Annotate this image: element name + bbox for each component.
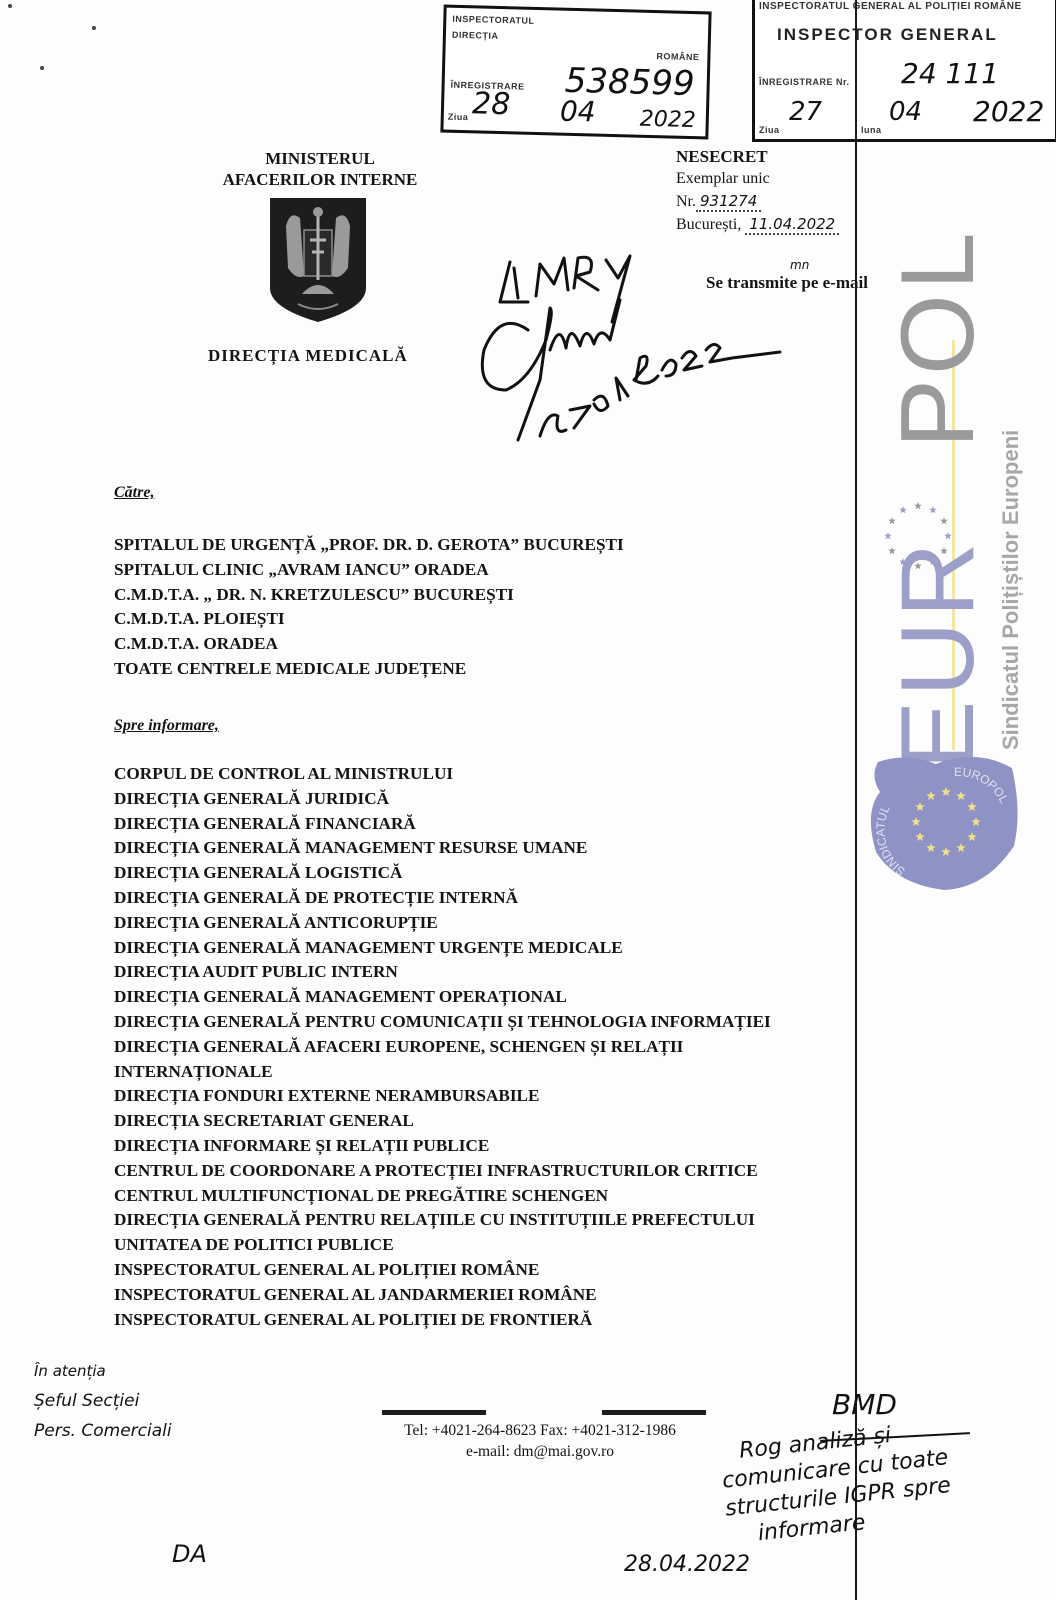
recipient-item: DIRECȚIA GENERALĂ MANAGEMENT OPERAȚIONAL [114,985,771,1010]
recipient-item: DIRECȚIA INFORMARE ȘI RELAȚII PUBLICE [114,1134,771,1159]
recipient-item: DIRECȚIA GENERALĂ MANAGEMENT URGENȚE MED… [114,936,771,961]
footer-bar-left [382,1410,486,1415]
wordmark-part2: POL [880,228,996,448]
recipient-item: SPITALUL CLINIC „AVRAM IANCU” ORADEA [114,558,624,583]
hand-line: Pers. Comerciali [34,1416,172,1446]
recipient-item: CORPUL DE CONTROL AL MINISTRULUI [114,762,771,787]
eu-stars-icon [880,498,956,574]
classification-label: NESECRET [676,146,839,168]
stamp-org: INSPECTORATUL GENERAL AL POLIȚIEI ROMÂNE [759,1,1022,12]
number-value: 931274 [696,192,761,212]
recipient-item: C.M.D.T.A. ORADEA [114,632,624,657]
to-label: Către, [114,484,154,502]
watermark-subtitle: Sindicatul Polițiștilor Europeni [998,310,1028,750]
stamp-org-line: ROMÂNE [656,51,699,62]
stamp-month: 04 [560,95,596,129]
handwritten-note-left: În atenția Șeful Secției Pers. Comercial… [34,1356,172,1446]
ministry-name: MINISTERUL AFACERILOR INTERNE [200,148,440,190]
footer-bar-right [602,1410,706,1415]
registration-stamp-right: INSPECTORATUL GENERAL AL POLIȚIEI ROMÂNE… [752,0,1056,142]
info-label: Spre informare, [114,717,219,735]
hand-line: Șeful Secției [34,1386,172,1416]
recipient-item: UNITATEA DE POLITICI PUBLICE [114,1233,771,1258]
recipient-item: DIRECȚIA GENERALĂ PENTRU COMUNICAȚII ȘI … [114,1010,771,1035]
stamp-day-label: Ziua [759,125,780,135]
signature-icon [470,240,790,450]
stamp-label: ÎNREGISTRARE Nr. [759,77,850,87]
stamp-number: 24 111 [901,57,999,90]
recipient-item: DIRECȚIA FONDURI EXTERNE NERAMBURSABILE [114,1084,771,1109]
handwritten-date: 28.04.2022 [624,1552,750,1577]
transmit-handnote: mn [790,258,809,272]
recipient-item: DIRECȚIA GENERALĂ MANAGEMENT RESURSE UMA… [114,836,771,861]
to-recipients-list: SPITALUL DE URGENȚĂ „PROF. DR. D. GEROTA… [114,533,624,682]
recipient-item: DIRECȚIA GENERALĂ JURIDICĂ [114,787,771,812]
stamp-day-label: Ziua [448,112,469,123]
email-line[interactable]: e-mail: dm@mai.gov.ro [300,1441,780,1462]
recipient-item: DIRECȚIA GENERALĂ AFACERI EUROPENE, SCHE… [114,1035,771,1060]
handwritten-initials: DA [172,1540,207,1568]
recipient-item: DIRECȚIA SECRETARIAT GENERAL [114,1109,771,1134]
stamp-month-label: luna [861,125,882,135]
footer-contact: Tel: +4021-264-8623 Fax: +4021-312-1986 … [300,1420,780,1462]
recipient-item: DIRECȚIA GENERALĂ LOGISTICĂ [114,861,771,886]
stamp-day: 27 [789,97,822,127]
recipient-item: C.M.D.T.A. PLOIEȘTI [114,607,624,632]
document-date: București, 11.04.2022 [676,213,839,236]
stamp-day: 28 [472,86,511,122]
handwritten-note-right: Rog analiză și comunicare cu toate struc… [718,1416,955,1551]
recipient-item: DIRECȚIA AUDIT PUBLIC INTERN [114,960,771,985]
stamp-year: 2022 [639,107,696,133]
hand-line: În atenția [34,1356,172,1386]
number-label: Nr. [676,193,696,210]
scan-speck [8,4,12,8]
stamp-month: 04 [889,97,922,127]
stamp-title: INSPECTOR GENERAL [777,25,998,45]
recipient-item: SPITALUL DE URGENȚĂ „PROF. DR. D. GEROTA… [114,533,624,558]
recipient-item: C.M.D.T.A. „ DR. N. KRETZULESCU” BUCUREȘ… [114,583,624,608]
recipient-item: DIRECȚIA GENERALĂ DE PROTECȚIE INTERNĂ [114,886,771,911]
registration-stamp-left: INSPECTORATUL DIRECȚIA ROMÂNE ÎNREGISTRA… [440,5,711,140]
coat-of-arms-icon [268,196,368,324]
scan-speck [40,66,44,70]
recipient-item: INSPECTORATUL GENERAL AL POLIȚIEI ROMÂNE [114,1258,771,1283]
recipient-item: INSPECTORATUL GENERAL AL JANDARMERIEI RO… [114,1283,771,1308]
info-recipients-list: CORPUL DE CONTROL AL MINISTRULUIDIRECȚIA… [114,762,771,1332]
recipient-item: TOATE CENTRELE MEDICALE JUDEȚENE [114,657,624,682]
scan-speck [92,26,96,30]
ministry-line1: MINISTERUL [200,148,440,169]
copy-label: Exemplar unic [676,168,839,190]
city-label: București, [676,216,741,233]
stamp-org-line: INSPECTORATUL [452,14,534,26]
department-name: DIRECȚIA MEDICALĂ [208,346,408,366]
handwritten-header: BMD [832,1388,897,1421]
document-metadata: NESECRET Exemplar unic Nr.931274 Bucureș… [676,146,839,236]
recipient-item: CENTRUL DE COORDONARE A PROTECȚIEI INFRA… [114,1159,771,1184]
stamp-year: 2022 [973,95,1044,128]
document-number: Nr.931274 [676,190,839,213]
contact-line: Tel: +4021-264-8623 Fax: +4021-312-1986 [300,1420,780,1441]
recipient-item: CENTRUL MULTIFUNCȚIONAL DE PREGĂTIRE SCH… [114,1184,771,1209]
recipient-item: INTERNAȚIONALE [114,1060,771,1085]
fold-line [855,0,857,1600]
ministry-line2: AFACERILOR INTERNE [200,169,440,190]
recipient-item: INSPECTORATUL GENERAL AL POLIȚIEI DE FRO… [114,1308,771,1333]
recipient-item: DIRECȚIA GENERALĂ PENTRU RELAȚIILE CU IN… [114,1208,771,1233]
stamp-org-line: DIRECȚIA [452,30,499,41]
recipient-item: DIRECȚIA GENERALĂ ANTICORUPȚIE [114,911,771,936]
sindicat-badge-icon: SINDICATUL EUROPOL [866,752,1022,892]
date-value: 11.04.2022 [745,215,839,235]
recipient-item: DIRECȚIA GENERALĂ FINANCIARĂ [114,812,771,837]
